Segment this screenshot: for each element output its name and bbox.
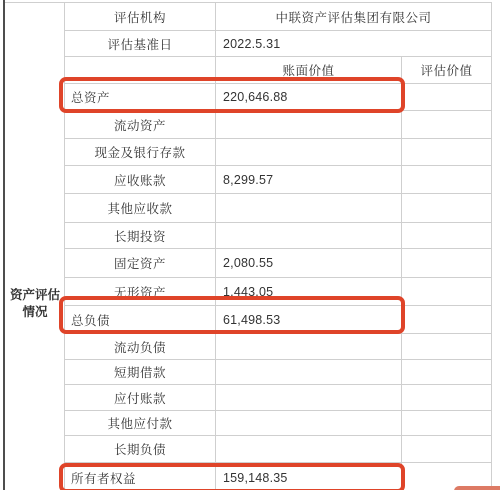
appraisal-value-cell — [402, 306, 492, 334]
row-label: 流动资产 — [65, 111, 216, 139]
row-label: 其他应收款 — [65, 194, 216, 223]
book-value-cell — [216, 436, 402, 463]
appraisal-value-cell — [402, 334, 492, 360]
row-label: 所有者权益 — [65, 463, 216, 489]
section-label-cell: 资产评估情况 — [5, 3, 65, 489]
book-value-cell: 61,498.53 — [216, 306, 402, 334]
row-label: 流动负债 — [65, 334, 216, 360]
row-label: 无形资产 — [65, 278, 216, 306]
book-value-cell: 220,646.88 — [216, 84, 402, 111]
section-label: 资产评估情况 — [9, 287, 61, 321]
book-value-cell: 2,080.55 — [216, 249, 402, 278]
row-label: 短期借款 — [65, 360, 216, 385]
appraisal-table: 资产评估情况 评估机构中联资产评估集团有限公司评估基准日2022.5.31账面价… — [5, 2, 492, 489]
info-row-label: 评估基准日 — [65, 31, 216, 57]
book-value-cell: 159,148.35 — [216, 463, 402, 489]
row-label: 总资产 — [65, 84, 216, 111]
book-value-cell — [216, 360, 402, 385]
row-label: 总负债 — [65, 306, 216, 334]
appraisal-value-cell — [402, 411, 492, 436]
book-value-cell — [216, 194, 402, 223]
row-label: 现金及银行存款 — [65, 139, 216, 166]
row-label: 固定资产 — [65, 249, 216, 278]
appraisal-value-cell — [402, 84, 492, 111]
info-row-value: 中联资产评估集团有限公司 — [216, 3, 492, 31]
book-value-cell — [216, 111, 402, 139]
appraisal-value-cell — [402, 139, 492, 166]
book-value-cell: 8,299.57 — [216, 166, 402, 194]
appraisal-value-cell — [402, 111, 492, 139]
book-value-cell — [216, 139, 402, 166]
book-value-cell — [216, 223, 402, 249]
book-value-cell — [216, 334, 402, 360]
appraisal-value-cell — [402, 249, 492, 278]
row-label: 应付账款 — [65, 385, 216, 411]
appraisal-value-cell — [402, 385, 492, 411]
info-row-value: 2022.5.31 — [216, 31, 492, 57]
row-label: 其他应付款 — [65, 411, 216, 436]
appraisal-value-cell — [402, 436, 492, 463]
row-label: 长期负债 — [65, 436, 216, 463]
info-row-label: 评估机构 — [65, 3, 216, 31]
row-label: 应收账款 — [65, 166, 216, 194]
row-label: 长期投资 — [65, 223, 216, 249]
appraisal-value-cell — [402, 278, 492, 306]
appraisal-value-cell — [402, 223, 492, 249]
appraisal-value-header: 评估价值 — [402, 57, 492, 84]
appraisal-value-cell — [402, 194, 492, 223]
appraisal-value-cell — [402, 166, 492, 194]
book-value-cell — [216, 411, 402, 436]
appraisal-value-cell — [402, 360, 492, 385]
book-value-cell: 1,443.05 — [216, 278, 402, 306]
empty-label-cell — [65, 57, 216, 84]
partial-highlight-box-bottom — [454, 486, 500, 490]
book-value-cell — [216, 385, 402, 411]
book-value-header: 账面价值 — [216, 57, 402, 84]
asset-appraisal-document: 资产评估情况 评估机构中联资产评估集团有限公司评估基准日2022.5.31账面价… — [0, 0, 500, 490]
